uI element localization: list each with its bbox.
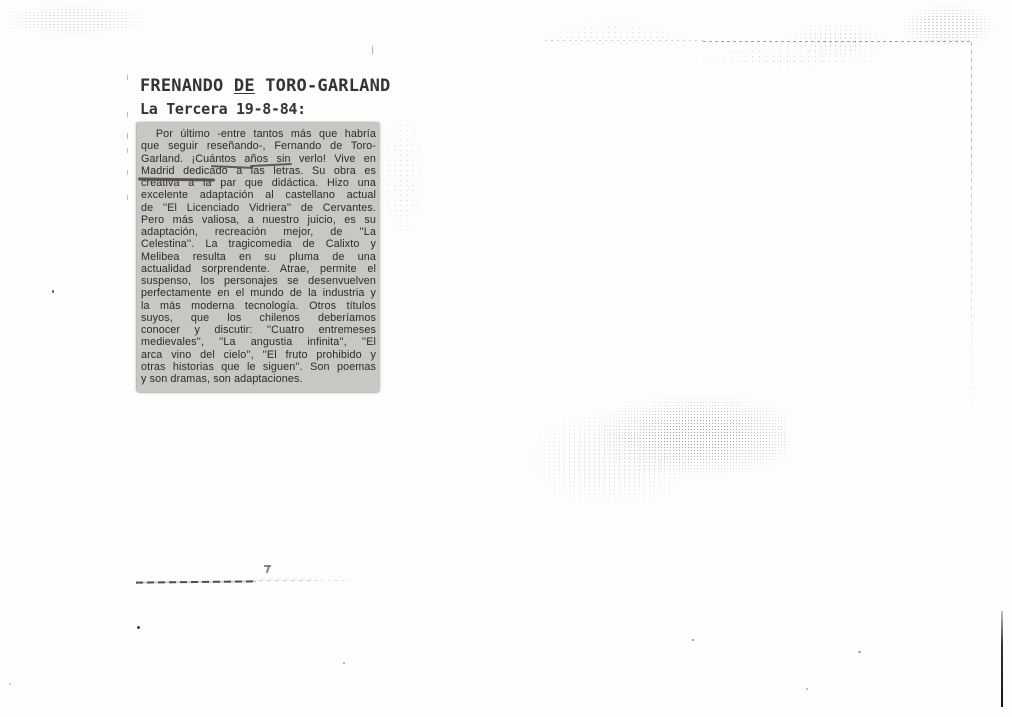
clipping-line: otras historias que le siguen''. Son poe… bbox=[141, 361, 376, 373]
pen-dash-line-cont bbox=[259, 580, 317, 581]
margin-tick bbox=[127, 75, 128, 80]
clipping-line: Garland. ¡Cuántos años sin verlo! Vive e… bbox=[141, 153, 376, 165]
clipping-line: excelente adaptación al castellano actua… bbox=[141, 189, 376, 201]
pen-dash-line bbox=[136, 580, 256, 583]
clipping-line: y son dramas, son adaptaciones. bbox=[141, 373, 376, 385]
clipping-line: suyos, que los chilenos deberíamos bbox=[141, 312, 376, 324]
scanned-page: FRENANDO DE TORO-GARLAND La Tercera 19-8… bbox=[0, 0, 1012, 717]
clipping-line: arca vino del cielo'', ''El fruto prohib… bbox=[141, 349, 376, 361]
typed-header: FRENANDO DE TORO-GARLAND La Tercera 19-8… bbox=[140, 76, 390, 118]
scan-noise-top-right-1 bbox=[540, 20, 690, 48]
margin-tick bbox=[127, 195, 128, 200]
author-name: FRENANDO DE TORO-GARLAND bbox=[140, 76, 390, 96]
scan-noise-clipping-edge bbox=[380, 113, 425, 238]
clipping-line: Pero más valiosa, a nuestro juicio, es s… bbox=[141, 214, 376, 226]
scan-dotted-line bbox=[703, 41, 971, 42]
scan-speck bbox=[52, 290, 54, 293]
clipping-line: perfectamente en el mundo de la industri… bbox=[141, 287, 376, 299]
scan-smudge-tail bbox=[532, 412, 692, 504]
scan-speck bbox=[137, 626, 140, 629]
clipping-line: adaptación, recreación mejor, de ''La bbox=[141, 226, 376, 238]
margin-tick bbox=[127, 148, 128, 153]
scan-noise-top-right-4 bbox=[700, 44, 885, 68]
clipping-line: Melibea resulta en su pluma de una bbox=[141, 251, 376, 263]
scan-noise-top-right-3 bbox=[903, 6, 993, 46]
clipping-line: suspenso, los personajes se desenvuelven bbox=[141, 275, 376, 287]
scan-speck bbox=[343, 662, 345, 664]
scan-speck bbox=[692, 639, 694, 641]
author-name-pre: FRENANDO bbox=[140, 76, 234, 96]
author-name-underlined: DE bbox=[234, 76, 255, 96]
clipping-line: la más moderna tecnología. Otros títulos bbox=[141, 300, 376, 312]
pen-dash-line-cont bbox=[321, 580, 351, 581]
scan-speck bbox=[806, 688, 808, 690]
scan-noise-top-left bbox=[8, 5, 143, 35]
scan-speck bbox=[9, 683, 11, 685]
margin-tick bbox=[127, 112, 128, 117]
scan-fold-line-right bbox=[971, 42, 972, 428]
scan-dotted-line-faint bbox=[545, 40, 705, 41]
scan-line-bottom-right bbox=[1001, 611, 1003, 707]
clipping-line: medievales'', ''La angustia infinita'', … bbox=[141, 336, 376, 348]
clipping-line: conocer y discutir: ''Cuatro entremeses bbox=[141, 324, 376, 336]
clipping-line: de ''El Licenciado Vidriera'' de Cervant… bbox=[141, 202, 376, 214]
margin-tick bbox=[127, 133, 128, 139]
author-name-post: TORO-GARLAND bbox=[255, 76, 391, 96]
source-and-date: La Tercera 19-8-84: bbox=[140, 100, 390, 118]
clipping-line: que seguir reseñando-, Fernando de Toro- bbox=[141, 140, 376, 152]
scan-speck bbox=[858, 651, 861, 653]
clipping-line: Por último -entre tantos más que habría bbox=[141, 128, 376, 140]
margin-tick bbox=[127, 170, 128, 175]
scan-speck bbox=[372, 46, 373, 54]
clipping-line: actualidad sorprendente. Atrae, permite … bbox=[141, 263, 376, 275]
clipping-line: Celestina''. La tragicomedia de Calixto … bbox=[141, 238, 376, 250]
newspaper-clipping: Por último -entre tantos más que habríaq… bbox=[137, 122, 379, 392]
